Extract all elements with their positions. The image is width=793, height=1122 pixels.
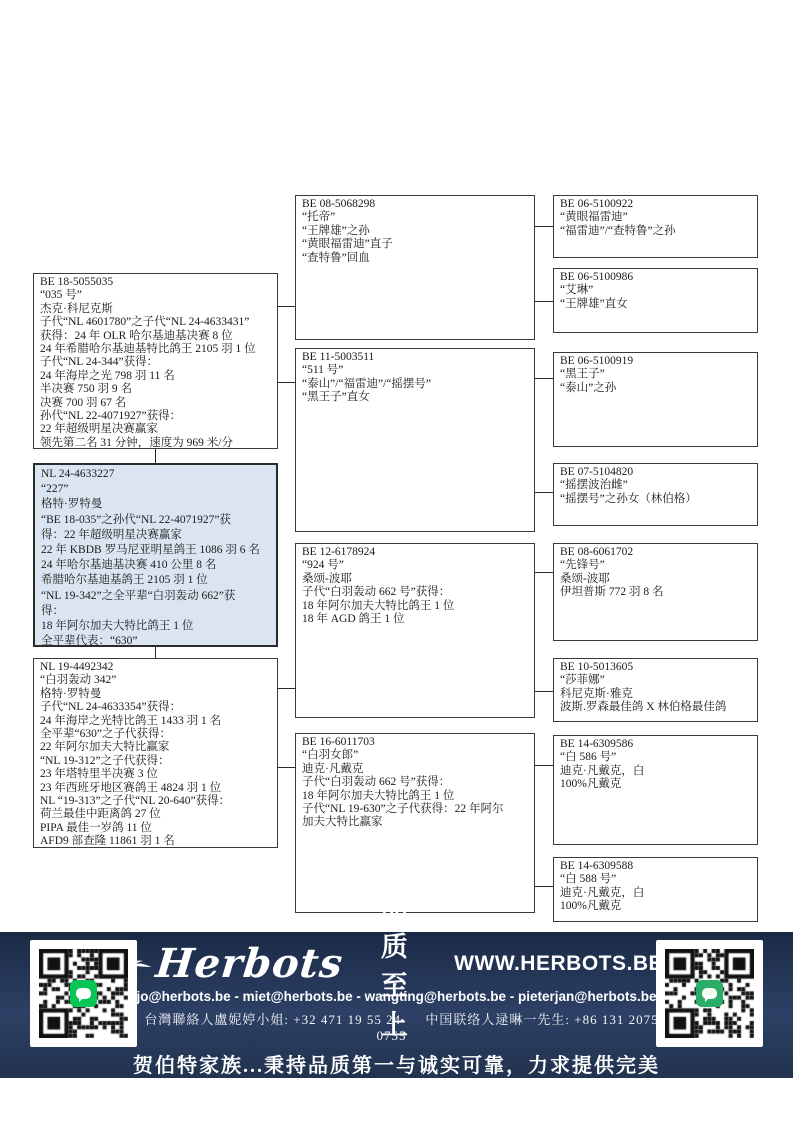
pedigree-text-line: 24 年哈尔基迪基决赛 410 公里 8 名 [41, 558, 271, 573]
connector-line [278, 767, 295, 768]
pedigree-text-line: 科尼克斯·雅克 [560, 688, 752, 701]
pedigree-text-line: 桑颂-波耶 [302, 573, 529, 586]
pedigree-box-ggparent-5: BE 08-6061702“先锋号”桑颂-波耶伊坦普斯 772 羽 8 名 [553, 543, 758, 641]
wechat-qr-code [656, 940, 763, 1047]
pedigree-text-line: “黄眼福雷迪”直子 [302, 238, 529, 251]
connector-line [535, 691, 553, 692]
pedigree-text-line: 子代“NL 19-630”之子代获得：22 年阿尔 [302, 803, 529, 816]
pedigree-text-line: “黑王子”直女 [302, 391, 529, 404]
footer-band: Herbots 品 质 至 上 WWW.HERBOTS.BE jo@herbot… [0, 932, 793, 1078]
pedigree-text-line: 子代“NL 24-344”获得： [40, 356, 272, 369]
pedigree-text-line: 决赛 700 羽 67 名 [40, 397, 272, 410]
pedigree-text-line: BE 18-5055035 [40, 276, 272, 289]
pedigree-text-line: 伊坦普斯 772 羽 8 名 [560, 586, 752, 599]
pedigree-text-line: 迪克·凡戴克，白 [560, 765, 752, 778]
pedigree-text-line: “黄眼福雷迪” [560, 211, 752, 224]
pedigree-text-line: “先锋号” [560, 559, 752, 572]
pedigree-text-line: “NL 19-342”之全平辈“白羽轰动 662”获 [41, 589, 271, 604]
pedigree-text-line: 杰克·科尼克斯 [40, 303, 272, 316]
pedigree-text-line: “白 586 号” [560, 751, 752, 764]
pedigree-text-line: “莎菲娜” [560, 674, 752, 687]
pedigree-text-line: 子代“NL 4601780”之子代“NL 24-4633431” [40, 316, 272, 329]
pedigree-text-line: “摇摆波治雌” [560, 479, 752, 492]
pedigree-box-ggparent-7: BE 14-6309586“白 586 号”迪克·凡戴克，白100%凡戴克 [553, 735, 758, 845]
connector-line [278, 306, 295, 307]
pedigree-box-ggparent-1: BE 06-5100922“黄眼福雷迪”“福雷迪”/“查特鲁”之孙 [553, 195, 758, 258]
pedigree-text-line: “白羽女郎” [302, 749, 529, 762]
connector-line [155, 647, 156, 658]
pedigree-text-line: “白羽轰动 342” [40, 674, 272, 687]
pedigree-text-line: 波斯.罗森最佳鸽 X 林伯格最佳鸽 [560, 701, 752, 714]
pedigree-text-line: 格特·罗特曼 [40, 688, 272, 701]
pedigree-text-line: 迪克·凡戴克 [302, 763, 529, 776]
website-link[interactable]: WWW.HERBOTS.BE [454, 952, 663, 976]
pedigree-text-line: 得：22 年超级明星决赛赢家 [41, 528, 271, 543]
connector-line [535, 765, 553, 766]
pedigree-text-line: “NL 19-312”之子代获得： [40, 755, 272, 768]
pedigree-text-line: 桑颂-波耶 [560, 573, 752, 586]
pedigree-text-line: 22 年 KBDB 罗马尼亚明星鸽王 1086 羽 6 名 [41, 543, 271, 558]
connector-line [278, 688, 295, 689]
pedigree-text-line: 100%凡戴克 [560, 900, 752, 913]
pedigree-text-line: “511 号” [302, 364, 529, 377]
pedigree-text-line: 23 年西班牙地区赛鸽王 4824 羽 1 位 [40, 782, 272, 795]
wechat-icon [696, 980, 723, 1007]
pedigree-text-line: 希腊哈尔基迪基鸽王 2105 羽 1 位 [41, 573, 271, 588]
pedigree-text-line: 18 年 AGD 鸽王 1 位 [302, 613, 529, 626]
pedigree-text-line: 18 年阿尔加夫大特比鸽王 1 位 [302, 600, 529, 613]
pedigree-text-line: BE 14-6309586 [560, 738, 752, 751]
contact-line: 台灣聯絡人盧妮婷小姐: +32 471 19 55 24 中国联络人逯晽一先生:… [130, 1009, 663, 1044]
footer-content: Herbots 品 质 至 上 WWW.HERBOTS.BE jo@herbot… [130, 932, 663, 1078]
pedigree-text-line: “泰山”之孙 [560, 382, 752, 395]
pedigree-text-line: 获得：24 年 OLR 哈尔基迪基决赛 8 位 [40, 330, 272, 343]
pedigree-text-line: 24 年海岸之光特比鸽王 1433 羽 1 名 [40, 715, 272, 728]
pedigree-text-line: AFD9 部查隆 11861 羽 1 名 [40, 835, 272, 848]
pedigree-text-line: 18 年阿尔加夫大特比鸽王 1 位 [302, 790, 529, 803]
pedigree-text-line: 18 年阿尔加夫大特比鸽王 1 位 [41, 619, 271, 634]
pedigree-text-line: “查特鲁”回血 [302, 252, 529, 265]
connector-line [535, 492, 553, 493]
footer-tagline: 贺伯特家族...秉持品质第一与诚实可靠，力求提供完美的服务！ [130, 1049, 663, 1107]
pedigree-text-line: “托帝” [302, 211, 529, 224]
connector-line [278, 382, 295, 383]
connector-line [535, 378, 553, 379]
connector-line [535, 301, 553, 302]
connector-line [155, 449, 156, 463]
pedigree-box-grandparent-3: BE 12-6178924“924 号”桑颂-波耶子代“白羽轰动 662 号”获… [295, 543, 535, 718]
pedigree-text-line: NL 19-4492342 [40, 661, 272, 674]
pedigree-text-line: “BE 18-035”之孙代“NL 22-4071927”获 [41, 513, 271, 528]
pedigree-text-line: 100%凡戴克 [560, 778, 752, 791]
pedigree-text-line: 孙代“NL 22-4071927”获得： [40, 410, 272, 423]
pedigree-text-line: 24 年海岸之光 798 羽 11 名 [40, 370, 272, 383]
pedigree-text-line: 半决赛 750 羽 9 名 [40, 383, 272, 396]
herbots-logo: Herbots [154, 944, 345, 984]
line-qr-code [30, 940, 137, 1047]
china-contact: 中国联络人逯晽一先生: +86 131 2075 0755 [377, 1012, 659, 1043]
pedigree-text-line: BE 14-6309588 [560, 860, 752, 873]
pedigree-text-line: “艾琳” [560, 284, 752, 297]
pedigree-text-line: “924 号” [302, 559, 529, 572]
pedigree-text-line: 迪克·凡戴克，白 [560, 887, 752, 900]
pedigree-text-line: BE 08-6061702 [560, 546, 752, 559]
pedigree-box-ggparent-4: BE 07-5104820“摇摆波治雌”“摇摆号”之孙女（林伯格） [553, 463, 758, 526]
pedigree-text-line: NL 24-4633227 [41, 467, 271, 482]
pedigree-text-line: 子代“白羽轰动 662 号”获得： [302, 776, 529, 789]
pedigree-text-line: BE 07-5104820 [560, 466, 752, 479]
pedigree-text-line: 全平辈“630”之子代获得： [40, 728, 272, 741]
pedigree-text-line: 荷兰最佳中距离鸽 27 位 [40, 808, 272, 821]
pedigree-box-sire: BE 18-5055035“035 号”杰克·科尼克斯子代“NL 4601780… [33, 273, 278, 449]
pedigree-box-ggparent-3: BE 06-5100919“黑王子”“泰山”之孙 [553, 352, 758, 447]
feather-swoosh-icon [130, 949, 152, 979]
pedigree-box-dam: NL 19-4492342“白羽轰动 342”格特·罗特曼子代“NL 24-46… [33, 658, 278, 848]
pedigree-box-grandparent-1: BE 08-5068298“托帝”“王牌雄”之孙“黄眼福雷迪”直子“查特鲁”回血 [295, 195, 535, 340]
pedigree-text-line: “王牌雄”直女 [560, 298, 752, 311]
pedigree-text-line: BE 12-6178924 [302, 546, 529, 559]
pedigree-text-line: BE 06-5100922 [560, 198, 752, 211]
pedigree-text-line: “泰山”/“福雷迪”/“摇摆号” [302, 378, 529, 391]
pedigree-text-line: BE 16-6011703 [302, 736, 529, 749]
pedigree-text-line: 23 年塔特里半决赛 3 位 [40, 768, 272, 781]
connector-line [535, 226, 553, 227]
pedigree-text-line: 全平辈代表：“630” [41, 634, 271, 647]
pedigree-text-line: “福雷迪”/“查特鲁”之孙 [560, 225, 752, 238]
pedigree-text-line: PIPA 最佳一岁鸽 11 位 [40, 822, 272, 835]
pedigree-page: BE 18-5055035“035 号”杰克·科尼克斯子代“NL 4601780… [0, 0, 793, 1122]
pedigree-box-ggparent-6: BE 10-5013605“莎菲娜”科尼克斯·雅克波斯.罗森最佳鸽 X 林伯格最… [553, 658, 758, 722]
line-icon [70, 980, 97, 1007]
pedigree-text-line: 得： [41, 604, 271, 619]
pedigree-text-line: NL “19-313”之子代“NL 20-640”获得： [40, 795, 272, 808]
pedigree-text-line: “黑王子” [560, 368, 752, 381]
pedigree-text-line: BE 06-5100986 [560, 271, 752, 284]
pedigree-box-ggparent-8: BE 14-6309588“白 588 号”迪克·凡戴克，白100%凡戴克 [553, 857, 758, 922]
pedigree-box-grandparent-2: BE 11-5003511“511 号”“泰山”/“福雷迪”/“摇摆号”“黑王子… [295, 348, 535, 532]
pedigree-text-line: 子代“NL 24-4633354”获得： [40, 701, 272, 714]
pedigree-text-line: BE 08-5068298 [302, 198, 529, 211]
pedigree-text-line: 格特·罗特曼 [41, 497, 271, 512]
pedigree-text-line: “王牌雄”之孙 [302, 225, 529, 238]
pedigree-text-line: BE 06-5100919 [560, 355, 752, 368]
pedigree-text-line: 加夫大特比赢家 [302, 816, 529, 829]
pedigree-text-line: “035 号” [40, 289, 272, 302]
pedigree-text-line: 22 年阿尔加夫大特比赢家 [40, 741, 272, 754]
connector-line [535, 572, 553, 573]
pedigree-text-line: “摇摆号”之孙女（林伯格） [560, 493, 752, 506]
pedigree-text-line: 领先第二名 31 分钟，速度为 969 米/分 [40, 437, 272, 449]
pedigree-text-line: BE 11-5003511 [302, 351, 529, 364]
pedigree-box-ggparent-2: BE 06-5100986“艾琳”“王牌雄”直女 [553, 268, 758, 333]
pedigree-text-line: 24 年希腊哈尔基迪基特比鸽王 2105 羽 1 位 [40, 343, 272, 356]
pedigree-text-line: 子代“白羽轰动 662 号”获得： [302, 586, 529, 599]
pedigree-text-line: “227” [41, 482, 271, 497]
pedigree-text-line: 22 年超级明星决赛赢家 [40, 423, 272, 436]
pedigree-text-line: BE 10-5013605 [560, 661, 752, 674]
taiwan-contact: 台灣聯絡人盧妮婷小姐: +32 471 19 55 24 [144, 1012, 401, 1027]
pedigree-box-main-bird: NL 24-4633227“227”格特·罗特曼“BE 18-035”之孙代“N… [33, 463, 278, 647]
pedigree-text-line: “白 588 号” [560, 873, 752, 886]
connector-line [535, 886, 553, 887]
